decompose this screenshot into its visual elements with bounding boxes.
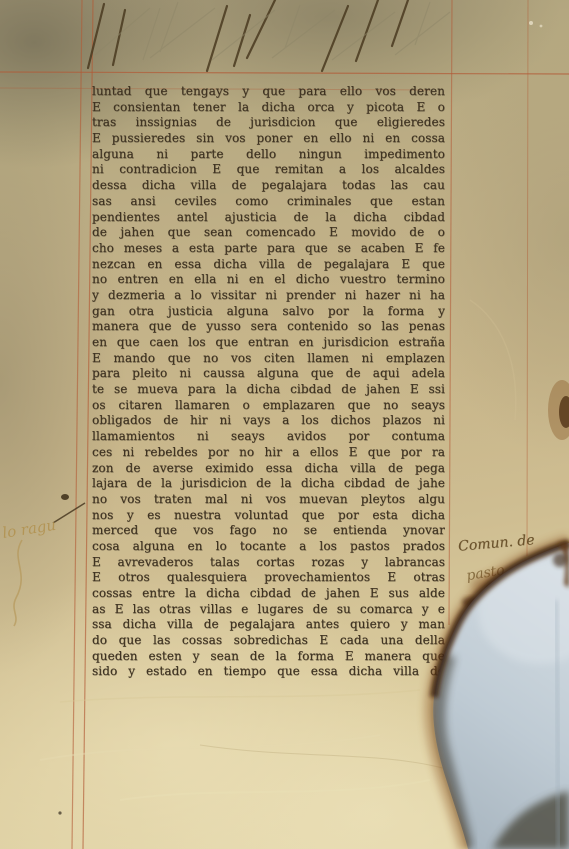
faint-stroke bbox=[272, 10, 335, 58]
manuscript-line: gan otra justicia alguna salvo por la fo… bbox=[92, 304, 445, 320]
pen-stroke bbox=[207, 6, 227, 71]
faint-stroke bbox=[332, 12, 395, 60]
ruling-vertical-left-outer bbox=[72, 0, 82, 849]
ruling-vertical-right-outer bbox=[527, 0, 528, 556]
manuscript-photo: luntad que tengays y que para ello vos d… bbox=[0, 0, 569, 849]
crease bbox=[120, 780, 430, 800]
pen-stroke bbox=[88, 4, 104, 68]
manuscript-line: E pussieredes sin vos poner en ello ni e… bbox=[92, 131, 445, 147]
manuscript-line: y dezmeria a lo vissitar ni prender ni h… bbox=[92, 288, 445, 304]
manuscript-line: de jahen que sean comencado E movido de … bbox=[92, 225, 445, 241]
curled-edge-sliver bbox=[558, 543, 569, 588]
light-speck bbox=[540, 25, 543, 28]
manuscript-line: sido y estado en tiempo que essa dicha v… bbox=[92, 664, 445, 680]
manuscript-line: luntad que tengays y que para ello vos d… bbox=[92, 84, 445, 100]
pen-stroke bbox=[247, 0, 275, 58]
manuscript-line: no entren en ella ni en el dicho vuestro… bbox=[92, 272, 445, 288]
burn-spot bbox=[553, 553, 567, 567]
manuscript-line: te se mueva para la dicha cibdad de jahe… bbox=[92, 382, 445, 398]
faint-stroke bbox=[150, 8, 215, 58]
manuscript-line: E otros qualesquiera provechamientos E o… bbox=[92, 570, 445, 586]
stain-halo bbox=[548, 380, 569, 440]
faint-stroke bbox=[143, 8, 160, 60]
manuscript-line: ces ni rebeldes por no hir a ellos E que… bbox=[92, 445, 445, 461]
manuscript-line: dessa dicha villa de pegalajara todas la… bbox=[92, 178, 445, 194]
manuscript-line: cosa alguna en lo tocante a los pastos p… bbox=[92, 539, 445, 555]
ruling-vertical-right-inner bbox=[449, 0, 452, 625]
tear-lower-edge bbox=[433, 697, 468, 849]
manuscript-line: E consientan tener la dicha orca y picot… bbox=[92, 100, 445, 116]
dust-speck bbox=[58, 811, 61, 814]
manuscript-line: as E las otras villas e lugares de su co… bbox=[92, 602, 445, 618]
pen-stroke bbox=[113, 10, 125, 65]
faint-stroke bbox=[212, 10, 275, 60]
manuscript-line: cho meses a esta parte para que se acabe… bbox=[92, 241, 445, 257]
ruling-horizontal-top bbox=[0, 72, 569, 74]
manuscript-line: cossas entre la dicha cibdad de jahen E … bbox=[92, 586, 445, 602]
hole-inner-effects bbox=[437, 560, 569, 849]
pen-stroke bbox=[234, 15, 250, 66]
manuscript-line: pendientes antel ajusticia de la dicha c… bbox=[92, 210, 445, 226]
scribble-flourish bbox=[14, 540, 22, 626]
burn-spot bbox=[487, 584, 497, 594]
manuscript-line: zon de averse eximido essa dicha villa d… bbox=[92, 461, 445, 477]
manuscript-line: nos y es nuestra voluntad que por esta d… bbox=[92, 508, 445, 524]
torn-hole bbox=[433, 543, 569, 849]
manuscript-line: tras inssignias de jurisdicion que eligi… bbox=[92, 115, 445, 131]
manuscript-line: nezcan en essa dicha villa de pegalajara… bbox=[92, 257, 445, 273]
manuscript-line: os citaren llamaren o emplazaren que no … bbox=[92, 398, 445, 414]
manuscript-line: en que caen los que entran en jurisdicio… bbox=[92, 335, 445, 351]
pen-strokes-dark bbox=[88, 0, 408, 71]
manuscript-line: manera que de yusso sera contenido so la… bbox=[92, 319, 445, 335]
manuscript-line: do que las cossas sobredichas E cada una… bbox=[92, 633, 445, 649]
pen-stroke bbox=[322, 6, 348, 71]
manuscript-line: sas ansi ceviles como criminales que est… bbox=[92, 194, 445, 210]
manuscript-line: obligados de hir ni vays a los dichos pl… bbox=[92, 413, 445, 429]
manuscript-line: merced que vos fago no se entienda ynova… bbox=[92, 523, 445, 539]
margin-note-comun: Comun. de bbox=[458, 529, 569, 555]
manuscript-line: lajara de la jurisdicion de la dicha cib… bbox=[92, 476, 445, 492]
faint-stroke bbox=[395, 12, 450, 55]
stain-core bbox=[559, 396, 569, 428]
faint-stroke bbox=[160, 2, 178, 52]
margin-note-left: lo ragu bbox=[1, 512, 81, 542]
scorch-halo bbox=[433, 543, 569, 849]
manuscript-line: para pleito ni caussa alguna que de aqui… bbox=[92, 366, 445, 382]
hole-shadow-edge bbox=[437, 655, 466, 849]
pen-stroke bbox=[392, 0, 408, 46]
burn-spot bbox=[462, 597, 478, 607]
manuscript-line: no vos traten mal ni vos muevan pleytos … bbox=[92, 492, 445, 508]
manuscript-line: queden esten y sean de la forma E manera… bbox=[92, 649, 445, 665]
right-edge-stain bbox=[548, 380, 569, 440]
margin-caret-blob bbox=[61, 494, 69, 500]
manuscript-line: llamamientos ni seays avidos por contuma bbox=[92, 429, 445, 445]
pen-stroke bbox=[356, 0, 378, 61]
crease bbox=[200, 745, 450, 770]
faint-stroke bbox=[95, 8, 150, 55]
pen-strokes-faint bbox=[95, 2, 450, 60]
manuscript-line: ni contradicion E que remitan a los alca… bbox=[92, 162, 445, 178]
hole-corner-shadow bbox=[492, 791, 569, 849]
manuscript-text-block: luntad que tengays y que para ello vos d… bbox=[92, 84, 445, 680]
margin-note-pasto: pasto bbox=[465, 556, 547, 584]
manuscript-line: E avrevaderos talas cortas rozas y labra… bbox=[92, 555, 445, 571]
crease bbox=[40, 735, 380, 760]
manuscript-line: alguna ni parte dello ningun impedimento bbox=[92, 147, 445, 163]
light-speck bbox=[529, 21, 533, 25]
manuscript-line: E mando que no vos citen llamen ni empla… bbox=[92, 351, 445, 367]
faint-stroke bbox=[415, 2, 430, 45]
crease bbox=[60, 690, 420, 702]
backing-edge-line bbox=[556, 600, 559, 849]
manuscript-line: ssa dicha villa de pegalajara antes quie… bbox=[92, 617, 445, 633]
crease bbox=[470, 300, 516, 420]
faint-stroke bbox=[285, 5, 300, 48]
